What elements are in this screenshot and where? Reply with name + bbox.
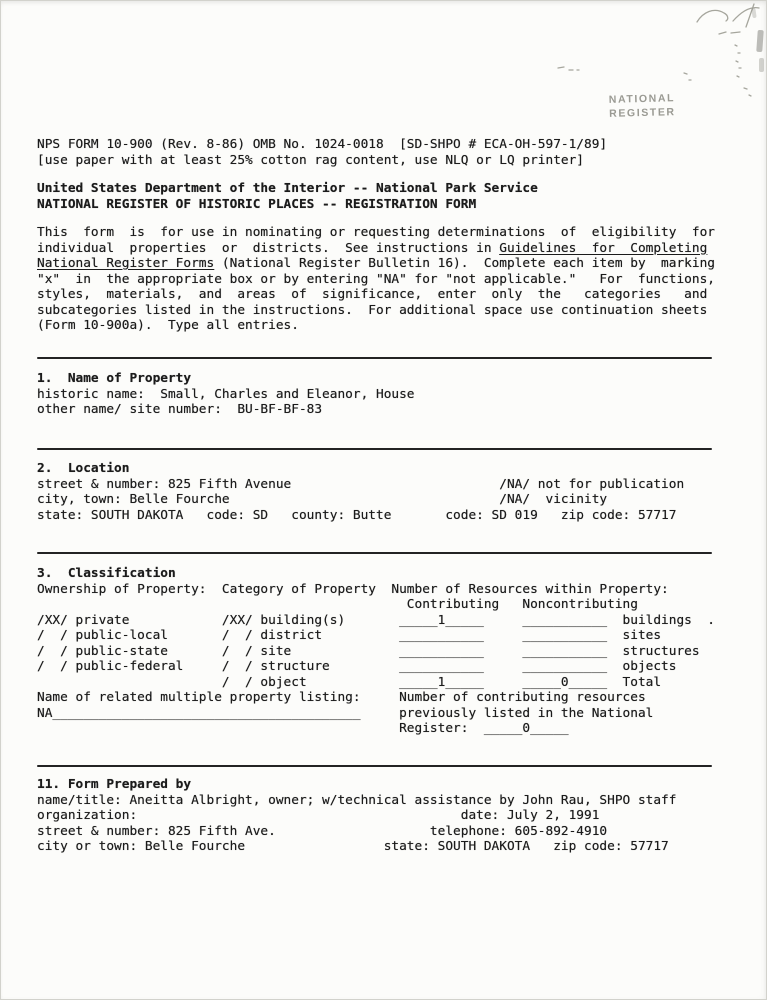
intro-line-4: "x" in the appropriate box or by enterin…: [37, 272, 715, 288]
other-name-line: other name/ site number: BU-BF-BF-83: [37, 402, 415, 418]
national-register-stamp: NATIONAL REGISTER: [609, 91, 676, 121]
section-divider: [37, 357, 712, 359]
guidelines-underlined-text: Guidelines for Completing: [499, 241, 707, 256]
section-divider: [37, 448, 712, 450]
organization-date-line: organization: date: July 2, 1991: [37, 808, 676, 824]
related-listing-na-line: NA______________________________________…: [37, 706, 715, 722]
section-3-title: 3. Classification: [37, 566, 715, 582]
row-private-buildings: /XX/ private /XX/ building(s) _____1____…: [37, 613, 715, 629]
department-title: United States Department of the Interior…: [37, 181, 538, 197]
intro-paragraph: This form is for use in nominating or re…: [37, 225, 715, 334]
agency-title-block: United States Department of the Interior…: [37, 181, 538, 212]
scan-edge-smudge: [751, 8, 756, 18]
form-header-block: NPS FORM 10-900 (Rev. 8-86) OMB No. 1024…: [37, 137, 607, 168]
intro-line-7: (Form 10-900a). Type all entries.: [37, 318, 715, 334]
row-public-local-district-sites: / / public-local / / district __________…: [37, 628, 715, 644]
register-count-line: Register: _____0_____: [37, 721, 715, 737]
section-3-classification: 3. Classification Ownership of Property:…: [37, 566, 715, 737]
paper-instruction-line: [use paper with at least 25% cotton rag …: [37, 153, 607, 169]
contributing-headers: Contributing Noncontributing: [37, 597, 715, 613]
scanned-nps-form-page: NATIONAL REGISTER NPS FORM 10-900 (Rev. …: [0, 0, 767, 1000]
section-11-title: 11. Form Prepared by: [37, 777, 676, 793]
city-town-line: city, town: Belle Fourche /NA/ vicinity: [37, 492, 684, 508]
state-county-line: state: SOUTH DAKOTA code: SD county: But…: [37, 508, 684, 524]
intro-line-5: styles, materials, and areas of signific…: [37, 287, 715, 303]
related-listing-label-line: Name of related multiple property listin…: [37, 690, 715, 706]
section-1-title: 1. Name of Property: [37, 371, 415, 387]
intro-line-3: National Register Forms (National Regist…: [37, 256, 715, 272]
section-divider: [37, 765, 712, 767]
intro-line-3-text: (National Register Bulletin 16). Complet…: [214, 256, 715, 271]
intro-line-2-text: individual properties or districts. See …: [37, 241, 499, 256]
scan-edge-smudge: [756, 30, 764, 52]
register-form-title: NATIONAL REGISTER OF HISTORIC PLACES -- …: [37, 197, 538, 213]
classification-column-headers: Ownership of Property: Category of Prope…: [37, 582, 715, 598]
row-public-federal-structure-objects: / / public-federal / / structure _______…: [37, 659, 715, 675]
intro-line-2: individual properties or districts. See …: [37, 241, 715, 257]
section-11-form-prepared-by: 11. Form Prepared by name/title: Aneitta…: [37, 777, 676, 855]
stamp-line-2: REGISTER: [609, 105, 676, 121]
row-object-total: / / object _____1_____ _____0_____ Total: [37, 675, 715, 691]
section-2-location: 2. Location street & number: 825 Fifth A…: [37, 461, 684, 523]
section-divider: [37, 552, 712, 554]
section-2-title: 2. Location: [37, 461, 684, 477]
intro-line-1: This form is for use in nominating or re…: [37, 225, 715, 241]
preparer-name-line: name/title: Aneitta Albright, owner; w/t…: [37, 793, 676, 809]
intro-line-6: subcategories listed in the instructions…: [37, 303, 715, 319]
street-number-line: street & number: 825 Fifth Avenue /NA/ n…: [37, 477, 684, 493]
street-telephone-line: street & number: 825 Fifth Ave. telephon…: [37, 824, 676, 840]
historic-name-line: historic name: Small, Charles and Eleano…: [37, 387, 415, 403]
form-number-line: NPS FORM 10-900 (Rev. 8-86) OMB No. 1024…: [37, 137, 607, 153]
row-public-state-site-structures: / / public-state / / site ___________ __…: [37, 644, 715, 660]
forms-underlined-text: National Register Forms: [37, 256, 214, 271]
scan-edge-smudge: [759, 58, 764, 72]
section-1-name-of-property: 1. Name of Property historic name: Small…: [37, 371, 415, 418]
city-state-zip-line: city or town: Belle Fourche state: SOUTH…: [37, 839, 676, 855]
